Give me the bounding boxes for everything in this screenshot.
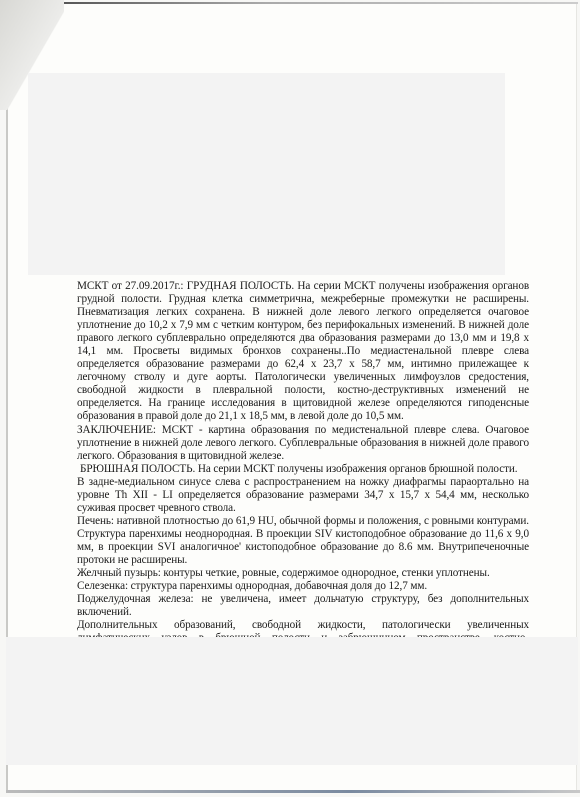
paragraph-abdomen-mass: В задне-медиальном синусе слева с распро…	[77, 476, 529, 515]
paragraph-liver: Печень: нативной плотностью до 61,9 HU, …	[77, 515, 529, 567]
paragraph-chest-findings: МСКТ от 27.09.2017г.: ГРУДНАЯ ПОЛОСТЬ. Н…	[77, 280, 529, 424]
page-bottom-edge	[6, 790, 580, 793]
paragraph-pancreas: Подже­лудочная железа: не увеличена, име…	[77, 593, 529, 619]
paragraph-chest-conclusion: ЗАКЛЮЧЕНИЕ: МСКТ - картина образования п…	[77, 424, 529, 463]
redacted-header-region	[28, 73, 505, 275]
paragraph-abdomen-heading: БРЮШНАЯ ПОЛОСТЬ. На серии МСКТ получены …	[77, 463, 529, 476]
redacted-footer-region	[6, 637, 578, 765]
paragraph-spleen: Селезенка: структура паренхимы однородна…	[77, 580, 529, 593]
report-body: МСКТ от 27.09.2017г.: ГРУДНАЯ ПОЛОСТЬ. Н…	[77, 280, 529, 684]
paragraph-gallbladder: Желчный пузырь: контуры четкие, ровные, …	[77, 567, 529, 580]
page-top-edge	[58, 2, 578, 4]
